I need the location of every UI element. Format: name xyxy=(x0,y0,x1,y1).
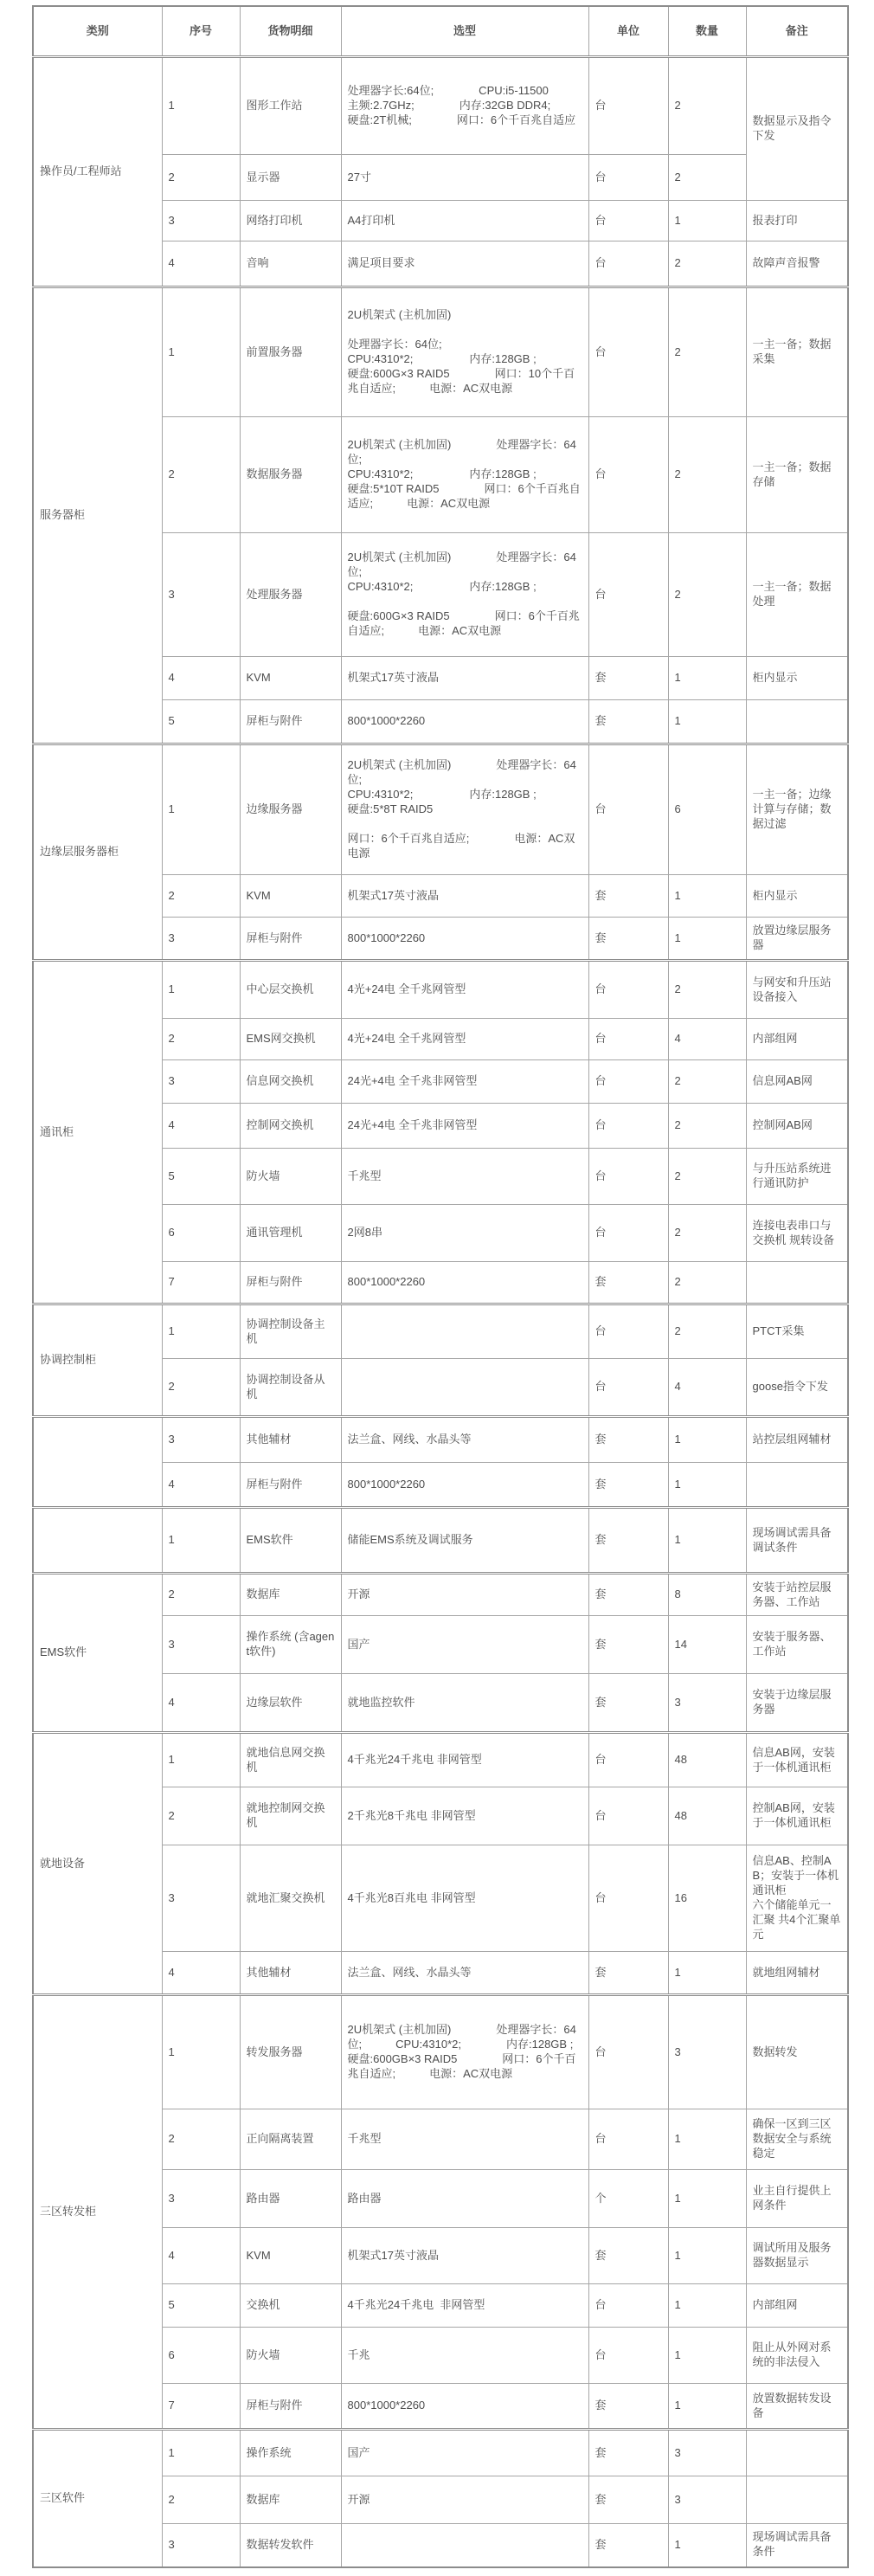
cell-unit: 台 xyxy=(588,2328,668,2384)
cell-spec: 2网8串 xyxy=(341,1205,588,1262)
cell-spec: 开源 xyxy=(341,1574,588,1616)
cell-unit: 套 xyxy=(588,1463,668,1508)
cell-qty: 2 xyxy=(668,1262,746,1304)
cell-remark: 现场调试需具备调试条件 xyxy=(746,1508,848,1574)
cell-qty: 48 xyxy=(668,1733,746,1787)
cell-spec: 千兆型 xyxy=(341,1149,588,1205)
cell-index: 2 xyxy=(162,1359,240,1417)
cell-index: 2 xyxy=(162,1787,240,1845)
cell-qty: 6 xyxy=(668,744,746,875)
cell-category: 三区软件 xyxy=(33,2430,162,2567)
cell-index: 4 xyxy=(162,1674,240,1733)
cell-remark: 现场调试需具备条件 xyxy=(746,2524,848,2567)
cell-remark: 确保一区到三区数据安全与系统稳定 xyxy=(746,2109,848,2170)
cell-spec: 国产 xyxy=(341,1616,588,1674)
cell-unit: 台 xyxy=(588,417,668,533)
cell-category: 操作员/工程师站 xyxy=(33,57,162,287)
cell-spec xyxy=(341,2524,588,2567)
cell-item: 通讯管理机 xyxy=(240,1205,341,1262)
cell-spec: 2U机架式 (主机加固) 处理器字长：64位; CPU:4310*2; 内存:1… xyxy=(341,287,588,417)
cell-index: 1 xyxy=(162,744,240,875)
cell-qty: 2 xyxy=(668,241,746,287)
cell-qty: 2 xyxy=(668,1149,746,1205)
cell-spec: 4千兆光8百兆电 非网管型 xyxy=(341,1845,588,1952)
cell-index: 2 xyxy=(162,1574,240,1616)
table-row: 服务器柜1前置服务器2U机架式 (主机加固) 处理器字长：64位; CPU:43… xyxy=(33,287,848,417)
cell-qty: 1 xyxy=(668,700,746,744)
cell-spec: 机架式17英寸液晶 xyxy=(341,2228,588,2284)
cell-remark: 安装于服务器、工作站 xyxy=(746,1616,848,1674)
cell-qty: 1 xyxy=(668,201,746,241)
cell-spec: 法兰盒、网线、水晶头等 xyxy=(341,1417,588,1463)
cell-unit: 台 xyxy=(588,961,668,1019)
cell-spec xyxy=(341,1304,588,1359)
cell-item: 处理服务器 xyxy=(240,533,341,657)
cell-item: 操作系统 xyxy=(240,2430,341,2476)
cell-item: 网络打印机 xyxy=(240,201,341,241)
cell-spec: 24光+4电 全千兆非网管型 xyxy=(341,1104,588,1149)
cell-category: 三区转发柜 xyxy=(33,1995,162,2430)
header-row: 类别序号货物明细选型单位数量备注 xyxy=(33,6,848,57)
cell-item: 操作系统 (含agent软件) xyxy=(240,1616,341,1674)
cell-item: 边缘服务器 xyxy=(240,744,341,875)
cell-qty: 1 xyxy=(668,2328,746,2384)
cell-spec: 千兆 xyxy=(341,2328,588,2384)
cell-spec: 法兰盒、网线、水晶头等 xyxy=(341,1952,588,1995)
cell-index: 6 xyxy=(162,2328,240,2384)
page: 类别序号货物明细选型单位数量备注 操作员/工程师站1图形工作站处理器字长:64位… xyxy=(0,5,874,2568)
cell-spec: 4光+24电 全千兆网管型 xyxy=(341,1019,588,1060)
cell-unit: 套 xyxy=(588,1674,668,1733)
cell-remark: 信息AB、控制AB；安装于一体机通讯柜 六个储能单元一汇聚 共4个汇聚单元 xyxy=(746,1845,848,1952)
cell-spec: 机架式17英寸液晶 xyxy=(341,875,588,918)
cell-qty: 4 xyxy=(668,1359,746,1417)
cell-index: 7 xyxy=(162,1262,240,1304)
cell-qty: 1 xyxy=(668,1463,746,1508)
cell-unit: 套 xyxy=(588,1417,668,1463)
cell-index: 4 xyxy=(162,1463,240,1508)
equipment-table: 类别序号货物明细选型单位数量备注 操作员/工程师站1图形工作站处理器字长:64位… xyxy=(32,5,849,2568)
cell-remark: 内部组网 xyxy=(746,1019,848,1060)
cell-index: 6 xyxy=(162,1205,240,1262)
table-row: 协调控制柜1协调控制设备主机台2PTCT采集 xyxy=(33,1304,848,1359)
cell-spec: 2U机架式 (主机加固) 处理器字长：64位; CPU:4310*2; 内存:1… xyxy=(341,1995,588,2109)
cell-item: 就地信息网交换机 xyxy=(240,1733,341,1787)
cell-item: 屏柜与附件 xyxy=(240,1262,341,1304)
cell-remark: 控制网AB网 xyxy=(746,1104,848,1149)
cell-qty: 16 xyxy=(668,1845,746,1952)
cell-remark: 一主一备；数据处理 xyxy=(746,533,848,657)
cell-qty: 2 xyxy=(668,533,746,657)
cell-category xyxy=(33,1417,162,1508)
cell-spec: 就地监控软件 xyxy=(341,1674,588,1733)
cell-qty: 2 xyxy=(668,1104,746,1149)
cell-item: EMS软件 xyxy=(240,1508,341,1574)
cell-item: 前置服务器 xyxy=(240,287,341,417)
cell-qty: 3 xyxy=(668,1674,746,1733)
cell-item: 正向隔离装置 xyxy=(240,2109,341,2170)
cell-remark: 信息AB网，安装于一体机通讯柜 xyxy=(746,1733,848,1787)
cell-index: 3 xyxy=(162,201,240,241)
table-row: 操作员/工程师站1图形工作站处理器字长:64位; CPU:i5-11500 主频… xyxy=(33,57,848,155)
table-row: 三区软件1操作系统国产套3 xyxy=(33,2430,848,2476)
cell-unit: 台 xyxy=(588,1995,668,2109)
column-header-6: 备注 xyxy=(746,6,848,57)
cell-spec: 机架式17英寸液晶 xyxy=(341,657,588,700)
cell-qty: 1 xyxy=(668,2109,746,2170)
cell-index: 5 xyxy=(162,700,240,744)
table-row: 就地设备1就地信息网交换机4千兆光24千兆电 非网管型台48信息AB网，安装于一… xyxy=(33,1733,848,1787)
cell-qty: 3 xyxy=(668,2476,746,2524)
cell-remark: 故障声音报警 xyxy=(746,241,848,287)
table-row: EMS软件2数据库开源套8安装于站控层服务器、工作站 xyxy=(33,1574,848,1616)
cell-index: 3 xyxy=(162,1060,240,1104)
cell-category: EMS软件 xyxy=(33,1574,162,1733)
cell-spec: A4打印机 xyxy=(341,201,588,241)
cell-unit: 套 xyxy=(588,1508,668,1574)
cell-category: 服务器柜 xyxy=(33,287,162,744)
cell-item: 其他辅材 xyxy=(240,1952,341,1995)
cell-unit: 台 xyxy=(588,1019,668,1060)
cell-qty: 3 xyxy=(668,2430,746,2476)
cell-unit: 个 xyxy=(588,2170,668,2228)
cell-index: 3 xyxy=(162,1417,240,1463)
cell-index: 3 xyxy=(162,2524,240,2567)
cell-remark: 内部组网 xyxy=(746,2284,848,2328)
cell-qty: 1 xyxy=(668,1417,746,1463)
cell-unit: 台 xyxy=(588,241,668,287)
cell-item: 路由器 xyxy=(240,2170,341,2228)
cell-index: 2 xyxy=(162,1019,240,1060)
cell-index: 3 xyxy=(162,2170,240,2228)
cell-remark: 数据转发 xyxy=(746,1995,848,2109)
cell-index: 1 xyxy=(162,57,240,155)
cell-index: 5 xyxy=(162,1149,240,1205)
cell-item: 就地控制网交换机 xyxy=(240,1787,341,1845)
cell-item: 协调控制设备从机 xyxy=(240,1359,341,1417)
cell-item: 防火墙 xyxy=(240,1149,341,1205)
cell-spec: 4千兆光24千兆电 非网管型 xyxy=(341,1733,588,1787)
cell-unit: 台 xyxy=(588,1104,668,1149)
cell-qty: 1 xyxy=(668,2524,746,2567)
cell-qty: 14 xyxy=(668,1616,746,1674)
cell-unit: 台 xyxy=(588,744,668,875)
cell-item: 屏柜与附件 xyxy=(240,2384,341,2430)
cell-item: 图形工作站 xyxy=(240,57,341,155)
table-header: 类别序号货物明细选型单位数量备注 xyxy=(33,6,848,57)
cell-remark: 就地组网辅材 xyxy=(746,1952,848,1995)
cell-unit: 台 xyxy=(588,1787,668,1845)
cell-item: 数据库 xyxy=(240,2476,341,2524)
cell-unit: 套 xyxy=(588,1616,668,1674)
cell-category: 通讯柜 xyxy=(33,961,162,1304)
cell-index: 4 xyxy=(162,2228,240,2284)
cell-index: 1 xyxy=(162,1995,240,2109)
cell-category: 就地设备 xyxy=(33,1733,162,1995)
cell-unit: 套 xyxy=(588,918,668,961)
cell-category: 协调控制柜 xyxy=(33,1304,162,1417)
table-row: 3其他辅材法兰盒、网线、水晶头等套1站控层组网辅材 xyxy=(33,1417,848,1463)
cell-qty: 1 xyxy=(668,2284,746,2328)
cell-item: KVM xyxy=(240,657,341,700)
cell-unit: 台 xyxy=(588,2109,668,2170)
cell-spec: 800*1000*2260 xyxy=(341,1262,588,1304)
cell-remark: 安装于边缘层服务器 xyxy=(746,1674,848,1733)
cell-spec: 储能EMS系统及调试服务 xyxy=(341,1508,588,1574)
cell-spec: 2U机架式 (主机加固) 处理器字长：64位; CPU:4310*2; 内存:1… xyxy=(341,744,588,875)
cell-unit: 台 xyxy=(588,1359,668,1417)
cell-remark: 数据显示及指令下发 xyxy=(746,57,848,201)
cell-unit: 台 xyxy=(588,533,668,657)
cell-spec: 国产 xyxy=(341,2430,588,2476)
cell-qty: 1 xyxy=(668,1508,746,1574)
cell-unit: 台 xyxy=(588,1304,668,1359)
cell-unit: 台 xyxy=(588,287,668,417)
cell-qty: 2 xyxy=(668,155,746,201)
cell-unit: 台 xyxy=(588,1733,668,1787)
cell-qty: 2 xyxy=(668,961,746,1019)
cell-remark: 调试所用及服务器数据显示 xyxy=(746,2228,848,2284)
cell-index: 1 xyxy=(162,961,240,1019)
cell-remark: 柜内显示 xyxy=(746,657,848,700)
cell-index: 4 xyxy=(162,1952,240,1995)
cell-item: 屏柜与附件 xyxy=(240,918,341,961)
cell-remark: 一主一备；数据存储 xyxy=(746,417,848,533)
cell-qty: 3 xyxy=(668,1995,746,2109)
cell-item: KVM xyxy=(240,875,341,918)
cell-remark: 与升压站系统进行通讯防护 xyxy=(746,1149,848,1205)
cell-item: 信息网交换机 xyxy=(240,1060,341,1104)
table-row: 1EMS软件储能EMS系统及调试服务套1现场调试需具备调试条件 xyxy=(33,1508,848,1574)
cell-item: 屏柜与附件 xyxy=(240,700,341,744)
cell-remark: 一主一备；数据采集 xyxy=(746,287,848,417)
cell-spec xyxy=(341,1359,588,1417)
cell-item: 转发服务器 xyxy=(240,1995,341,2109)
cell-remark xyxy=(746,700,848,744)
column-header-3: 选型 xyxy=(341,6,588,57)
cell-item: 控制网交换机 xyxy=(240,1104,341,1149)
cell-spec: 800*1000*2260 xyxy=(341,2384,588,2430)
cell-spec: 2千兆光8千兆电 非网管型 xyxy=(341,1787,588,1845)
cell-item: 防火墙 xyxy=(240,2328,341,2384)
cell-item: 边缘层软件 xyxy=(240,1674,341,1733)
cell-index: 2 xyxy=(162,155,240,201)
cell-remark: 阻止从外网对系统的非法侵入 xyxy=(746,2328,848,2384)
cell-qty: 1 xyxy=(668,875,746,918)
cell-index: 2 xyxy=(162,875,240,918)
cell-unit: 套 xyxy=(588,2430,668,2476)
cell-remark xyxy=(746,2430,848,2476)
cell-item: 其他辅材 xyxy=(240,1417,341,1463)
cell-index: 4 xyxy=(162,1104,240,1149)
cell-qty: 1 xyxy=(668,918,746,961)
cell-item: 屏柜与附件 xyxy=(240,1463,341,1508)
table-row: 三区转发柜1转发服务器2U机架式 (主机加固) 处理器字长：64位; CPU:4… xyxy=(33,1995,848,2109)
cell-unit: 套 xyxy=(588,2228,668,2284)
cell-remark: 与网安和升压站设备接入 xyxy=(746,961,848,1019)
cell-unit: 套 xyxy=(588,2524,668,2567)
cell-spec: 2U机架式 (主机加固) 处理器字长：64位; CPU:4310*2; 内存:1… xyxy=(341,533,588,657)
cell-index: 2 xyxy=(162,2109,240,2170)
cell-qty: 1 xyxy=(668,657,746,700)
table-row: 通讯柜1中心层交换机4光+24电 全千兆网管型台2与网安和升压站设备接入 xyxy=(33,961,848,1019)
cell-spec: 处理器字长:64位; CPU:i5-11500 主频:2.7GHz; 内存:32… xyxy=(341,57,588,155)
cell-unit: 台 xyxy=(588,1149,668,1205)
cell-qty: 2 xyxy=(668,1304,746,1359)
cell-remark: 业主自行提供上网条件 xyxy=(746,2170,848,2228)
cell-unit: 台 xyxy=(588,1845,668,1952)
column-header-0: 类别 xyxy=(33,6,162,57)
cell-spec: 24光+4电 全千兆非网管型 xyxy=(341,1060,588,1104)
cell-spec: 800*1000*2260 xyxy=(341,700,588,744)
cell-qty: 1 xyxy=(668,2384,746,2430)
spec-table-body: 操作员/工程师站1图形工作站处理器字长:64位; CPU:i5-11500 主频… xyxy=(33,57,848,2567)
cell-item: 数据服务器 xyxy=(240,417,341,533)
cell-spec: 4千兆光24千兆电 非网管型 xyxy=(341,2284,588,2328)
cell-index: 1 xyxy=(162,1304,240,1359)
column-header-4: 单位 xyxy=(588,6,668,57)
cell-index: 3 xyxy=(162,533,240,657)
cell-remark: 一主一备；边缘计算与存储；数据过滤 xyxy=(746,744,848,875)
cell-unit: 套 xyxy=(588,2476,668,2524)
cell-qty: 2 xyxy=(668,1060,746,1104)
cell-qty: 1 xyxy=(668,2170,746,2228)
cell-index: 5 xyxy=(162,2284,240,2328)
cell-spec: 800*1000*2260 xyxy=(341,918,588,961)
cell-item: 数据库 xyxy=(240,1574,341,1616)
cell-unit: 台 xyxy=(588,1060,668,1104)
cell-remark: 报表打印 xyxy=(746,201,848,241)
cell-qty: 2 xyxy=(668,57,746,155)
cell-qty: 1 xyxy=(668,2228,746,2284)
cell-remark: goose指令下发 xyxy=(746,1359,848,1417)
cell-index: 1 xyxy=(162,287,240,417)
cell-item: EMS网交换机 xyxy=(240,1019,341,1060)
cell-item: 中心层交换机 xyxy=(240,961,341,1019)
cell-unit: 套 xyxy=(588,657,668,700)
cell-spec: 4光+24电 全千兆网管型 xyxy=(341,961,588,1019)
cell-index: 3 xyxy=(162,1845,240,1952)
cell-index: 2 xyxy=(162,417,240,533)
cell-remark xyxy=(746,1262,848,1304)
cell-remark: PTCT采集 xyxy=(746,1304,848,1359)
cell-remark: 信息网AB网 xyxy=(746,1060,848,1104)
cell-item: 协调控制设备主机 xyxy=(240,1304,341,1359)
cell-remark: 放置边缘层服务器 xyxy=(746,918,848,961)
cell-remark: 控制AB网，安装于一体机通讯柜 xyxy=(746,1787,848,1845)
cell-index: 1 xyxy=(162,1733,240,1787)
cell-spec: 800*1000*2260 xyxy=(341,1463,588,1508)
cell-remark: 站控层组网辅材 xyxy=(746,1417,848,1463)
cell-index: 1 xyxy=(162,1508,240,1574)
cell-index: 2 xyxy=(162,2476,240,2524)
cell-item: 交换机 xyxy=(240,2284,341,2328)
cell-unit: 台 xyxy=(588,1205,668,1262)
cell-unit: 套 xyxy=(588,1952,668,1995)
cell-qty: 1 xyxy=(668,1952,746,1995)
cell-unit: 套 xyxy=(588,1574,668,1616)
column-header-2: 货物明细 xyxy=(240,6,341,57)
cell-index: 4 xyxy=(162,657,240,700)
table-row: 边缘层服务器柜1边缘服务器2U机架式 (主机加固) 处理器字长：64位; CPU… xyxy=(33,744,848,875)
cell-qty: 4 xyxy=(668,1019,746,1060)
cell-qty: 2 xyxy=(668,417,746,533)
cell-remark: 柜内显示 xyxy=(746,875,848,918)
cell-index: 3 xyxy=(162,918,240,961)
column-header-5: 数量 xyxy=(668,6,746,57)
cell-item: 音响 xyxy=(240,241,341,287)
cell-qty: 48 xyxy=(668,1787,746,1845)
cell-unit: 台 xyxy=(588,57,668,155)
cell-category xyxy=(33,1508,162,1574)
cell-remark xyxy=(746,2476,848,2524)
cell-remark: 连接电表串口与交换机 规转设备 xyxy=(746,1205,848,1262)
cell-remark xyxy=(746,1463,848,1508)
cell-unit: 台 xyxy=(588,201,668,241)
cell-unit: 套 xyxy=(588,1262,668,1304)
cell-unit: 套 xyxy=(588,2384,668,2430)
cell-qty: 2 xyxy=(668,287,746,417)
cell-remark: 放置数据转发设备 xyxy=(746,2384,848,2430)
cell-item: 数据转发软件 xyxy=(240,2524,341,2567)
cell-item: KVM xyxy=(240,2228,341,2284)
cell-unit: 台 xyxy=(588,155,668,201)
cell-qty: 2 xyxy=(668,1205,746,1262)
cell-index: 4 xyxy=(162,241,240,287)
cell-index: 7 xyxy=(162,2384,240,2430)
cell-spec: 路由器 xyxy=(341,2170,588,2228)
cell-remark: 安装于站控层服务器、工作站 xyxy=(746,1574,848,1616)
cell-spec: 满足项目要求 xyxy=(341,241,588,287)
column-header-1: 序号 xyxy=(162,6,240,57)
cell-spec: 2U机架式 (主机加固) 处理器字长：64位; CPU:4310*2; 内存:1… xyxy=(341,417,588,533)
cell-spec: 开源 xyxy=(341,2476,588,2524)
cell-unit: 套 xyxy=(588,700,668,744)
cell-unit: 台 xyxy=(588,2284,668,2328)
cell-item: 显示器 xyxy=(240,155,341,201)
cell-index: 3 xyxy=(162,1616,240,1674)
cell-spec: 千兆型 xyxy=(341,2109,588,2170)
cell-unit: 套 xyxy=(588,875,668,918)
cell-spec: 27寸 xyxy=(341,155,588,201)
cell-qty: 8 xyxy=(668,1574,746,1616)
cell-item: 就地汇聚交换机 xyxy=(240,1845,341,1952)
cell-index: 1 xyxy=(162,2430,240,2476)
cell-category: 边缘层服务器柜 xyxy=(33,744,162,961)
